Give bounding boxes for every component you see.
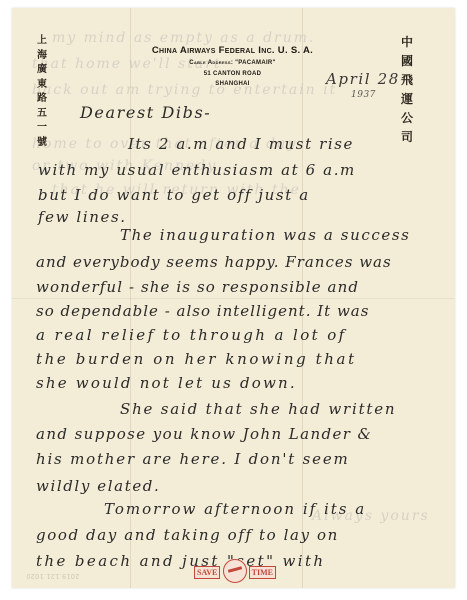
letter-line: his mother are here. I don't seem: [36, 450, 350, 468]
salutation: Dearest Dibs-: [80, 103, 211, 122]
airplane-icon: [228, 566, 242, 573]
letter-line: a real relief to through a lot of: [36, 326, 347, 344]
letter-line: She said that she had written: [120, 400, 396, 418]
letter-date: April 28: [326, 70, 400, 88]
fold-line: [12, 298, 455, 299]
stamp-save-label: SAVE: [194, 566, 220, 579]
letterhead-chinese-company: 中國飛運公司: [400, 33, 414, 147]
airplane-emblem-icon: [223, 559, 247, 583]
letterhead-city: SHANGHAI: [130, 81, 335, 87]
letter-line: so dependable - also intelligent. It was: [36, 302, 369, 320]
letter-year: 1937: [351, 90, 376, 100]
letterhead-chinese-address: 上海廣東路五一號: [35, 34, 49, 150]
letter-line: but I do want to get off just a: [38, 186, 310, 204]
letter-line: The inauguration was a success: [120, 226, 410, 244]
stamp-time-label: TIME: [249, 566, 276, 579]
letter-line: Its 2 a.m and I must rise: [128, 135, 354, 153]
letter-line: and everybody seems happy. Frances was: [36, 253, 392, 271]
letter-line: she would not let us down.: [36, 374, 297, 392]
letterhead-company: China Airways Federal Inc. U. S. A.: [130, 45, 335, 56]
letter-line: Tomorrow afternoon if its a: [104, 500, 366, 518]
letterhead-cable: Cable Address: "PACAMAIR": [130, 60, 335, 66]
letter-line: and suppose you know John Lander &: [36, 425, 372, 443]
letterhead-address: 51 CANTON ROAD: [130, 71, 335, 77]
letter-line: with my usual enthusiasm at 6 a.m: [38, 161, 356, 179]
accession-number: 2019.121.1020: [26, 572, 79, 579]
letter-line: few lines.: [38, 208, 127, 226]
letter-line: good day and taking off to lay on: [36, 526, 339, 544]
letter-line: the beach and just "set" with: [36, 552, 325, 570]
letter-line: the burden on her knowing that: [36, 350, 357, 368]
save-time-stamp: SAVE TIME: [194, 561, 276, 583]
letter-line: wonderful - she is so responsible and: [36, 278, 359, 296]
letter-line: wildly elated.: [36, 477, 160, 495]
